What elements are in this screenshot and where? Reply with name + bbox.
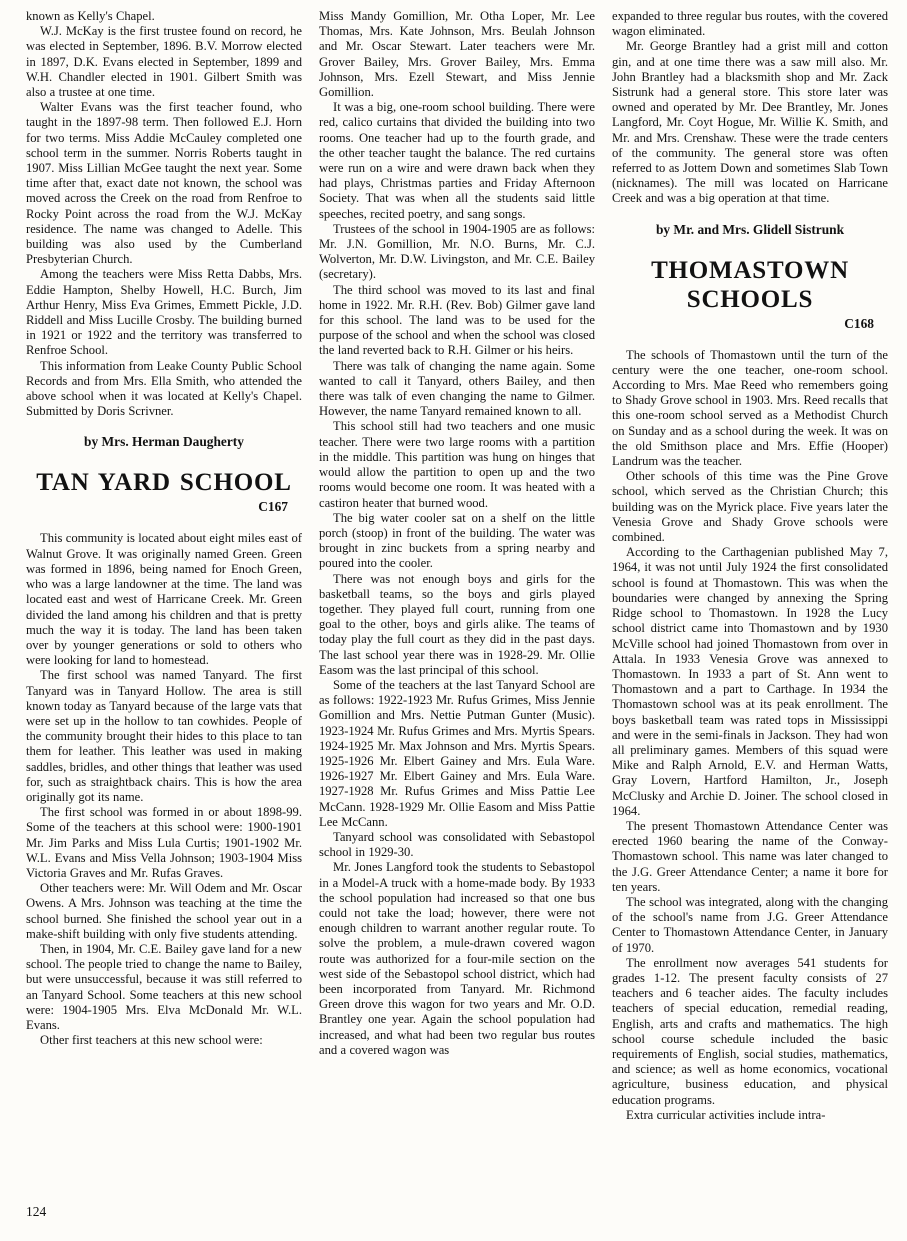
paragraph: Other first teachers at this new school … [26, 1033, 302, 1048]
section-title: THOMASTOWN SCHOOLS [612, 256, 888, 314]
paragraph: Trustees of the school in 1904-1905 are … [319, 222, 595, 283]
column-2: Miss Mandy Gomillion, Mr. Otha Loper, Mr… [319, 9, 595, 1058]
paragraph: It was a big, one-room school building. … [319, 100, 595, 222]
text-columns: known as Kelly's Chapel.W.J. McKay is th… [26, 9, 888, 1123]
paragraph: The schools of Thomastown until the turn… [612, 348, 888, 470]
paragraph: The big water cooler sat on a shelf on t… [319, 511, 595, 572]
page-number: 124 [26, 1204, 46, 1219]
paragraph: According to the Carthagenian published … [612, 545, 888, 819]
paragraph: Other schools of this time was the Pine … [612, 469, 888, 545]
byline: by Mr. and Mrs. Glidell Sistrunk [612, 222, 888, 238]
section-heading: THOMASTOWN SCHOOLSC168 [612, 256, 888, 332]
book-page: known as Kelly's Chapel.W.J. McKay is th… [0, 0, 907, 1241]
section-heading: TAN YARD SCHOOLC167 [26, 468, 302, 515]
paragraph: This community is located about eight mi… [26, 531, 302, 668]
paragraph: The school was integrated, along with th… [612, 895, 888, 956]
paragraph: Miss Mandy Gomillion, Mr. Otha Loper, Mr… [319, 9, 595, 100]
paragraph: Mr. George Brantley had a grist mill and… [612, 39, 888, 206]
paragraph: There was talk of changing the name agai… [319, 359, 595, 420]
paragraph: Tanyard school was consolidated with Seb… [319, 830, 595, 860]
paragraph: Then, in 1904, Mr. C.E. Bailey gave land… [26, 942, 302, 1033]
paragraph: This information from Leake County Publi… [26, 359, 302, 420]
paragraph: W.J. McKay is the first trustee found on… [26, 24, 302, 100]
column-3: expanded to three regular bus routes, wi… [612, 9, 888, 1123]
paragraph: The present Thomastown Attendance Center… [612, 819, 888, 895]
paragraph: The enrollment now averages 541 students… [612, 956, 888, 1108]
column-1: known as Kelly's Chapel.W.J. McKay is th… [26, 9, 302, 1048]
paragraph: The first school was named Tanyard. The … [26, 668, 302, 805]
paragraph: Other teachers were: Mr. Will Odem and M… [26, 881, 302, 942]
section-title: TAN YARD SCHOOL [26, 468, 302, 497]
paragraph: The third school was moved to its last a… [319, 283, 595, 359]
paragraph: Some of the teachers at the last Tanyard… [319, 678, 595, 830]
paragraph: There was not enough boys and girls for … [319, 572, 595, 678]
paragraph: The first school was formed in or about … [26, 805, 302, 881]
paragraph: Walter Evans was the first teacher found… [26, 100, 302, 267]
paragraph: Among the teachers were Miss Retta Dabbs… [26, 267, 302, 358]
paragraph: This school still had two teachers and o… [319, 419, 595, 510]
byline: by Mrs. Herman Daugherty [26, 434, 302, 450]
paragraph: expanded to three regular bus routes, wi… [612, 9, 888, 39]
section-code: C167 [26, 499, 302, 515]
paragraph: Mr. Jones Langford took the students to … [319, 860, 595, 1058]
section-code: C168 [612, 316, 888, 332]
paragraph: known as Kelly's Chapel. [26, 9, 302, 24]
paragraph: Extra curricular activities include intr… [612, 1108, 888, 1123]
